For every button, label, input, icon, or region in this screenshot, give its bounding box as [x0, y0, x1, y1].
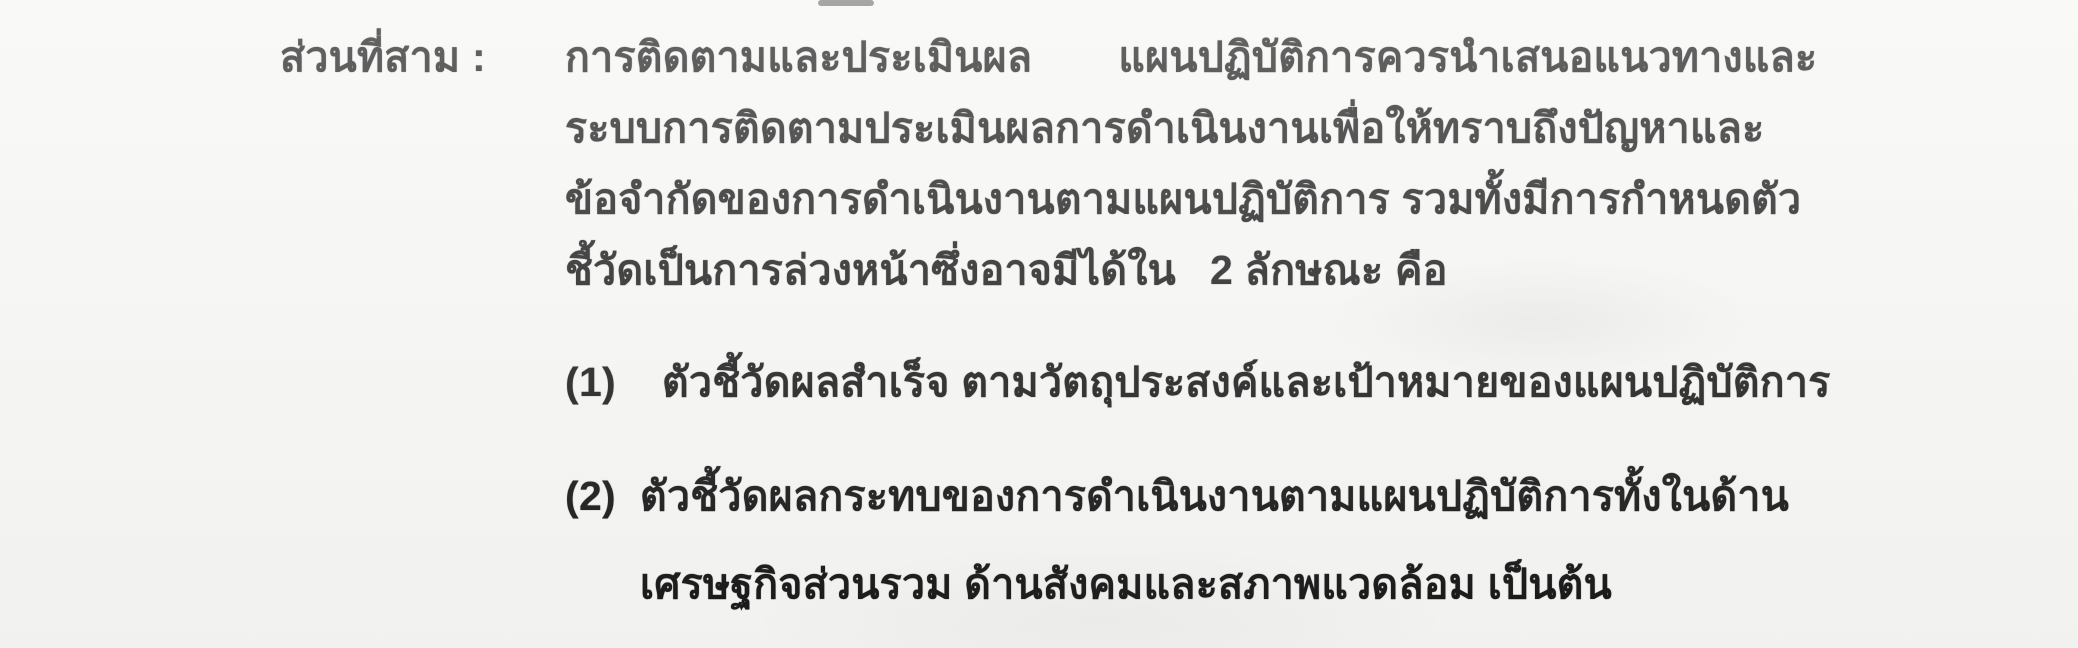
- section-three-block: ส่วนที่สาม : การติดตามและประเมินผลแผนปฏิ…: [280, 22, 2028, 628]
- paragraph-line-4: ชี้วัดเป็นการล่วงหน้าซึ่งอาจมีได้ใน2 ลัก…: [565, 235, 2028, 306]
- paragraph-line-3: ข้อจำกัดของการดำเนินงานตามแผนปฏิบัติการ …: [565, 164, 2028, 235]
- list-item-1-line-1: ตัวชี้วัดผลสำเร็จ ตามวัตถุประสงค์และเป้า…: [662, 338, 1831, 426]
- list-item-1-number: (1): [565, 338, 616, 426]
- list-item-2-number: (2): [565, 452, 616, 540]
- indicator-list: (1) ตัวชี้วัดผลสำเร็จ ตามวัตถุประสงค์และ…: [565, 338, 2028, 628]
- paragraph-line-1-lead: การติดตามและประเมินผล: [565, 34, 1032, 80]
- list-item-2-line-1: ตัวชี้วัดผลกระทบของการดำเนินงานตามแผนปฏิ…: [640, 452, 1789, 540]
- scanned-document-page: ส่วนที่สาม : การติดตามและประเมินผลแผนปฏิ…: [0, 0, 2078, 648]
- section-label: ส่วนที่สาม :: [280, 22, 565, 93]
- paragraph-line-2: ระบบการติดตามประเมินผลการดำเนินงานเพื่อใ…: [565, 93, 2028, 164]
- paragraph-line-4-lead: ชี้วัดเป็นการล่วงหน้าซึ่งอาจมีได้ใน: [565, 247, 1176, 293]
- paragraph-line-1-rest: แผนปฏิบัติการควรนำเสนอแนวทางและ: [1118, 34, 1817, 80]
- section-paragraph-row: ส่วนที่สาม : การติดตามและประเมินผลแผนปฏิ…: [280, 22, 2028, 306]
- paragraph-line-1: การติดตามและประเมินผลแผนปฏิบัติการควรนำเ…: [565, 22, 2028, 93]
- list-item-2: (2) ตัวชี้วัดผลกระทบของการดำเนินงานตามแผ…: [565, 452, 2028, 628]
- list-item-1-text: ตัวชี้วัดผลสำเร็จ ตามวัตถุประสงค์และเป้า…: [662, 338, 1831, 426]
- list-item-2-line-2: เศรษฐกิจส่วนรวม ด้านสังคมและสภาพแวดล้อม …: [640, 540, 1789, 628]
- list-item-1: (1) ตัวชี้วัดผลสำเร็จ ตามวัตถุประสงค์และ…: [565, 338, 2028, 426]
- paragraph-line-4-rest: 2 ลักษณะ คือ: [1210, 247, 1448, 293]
- scan-artifact: [818, 0, 874, 6]
- list-item-2-text: ตัวชี้วัดผลกระทบของการดำเนินงานตามแผนปฏิ…: [640, 452, 1789, 628]
- section-paragraph: การติดตามและประเมินผลแผนปฏิบัติการควรนำเ…: [565, 22, 2028, 306]
